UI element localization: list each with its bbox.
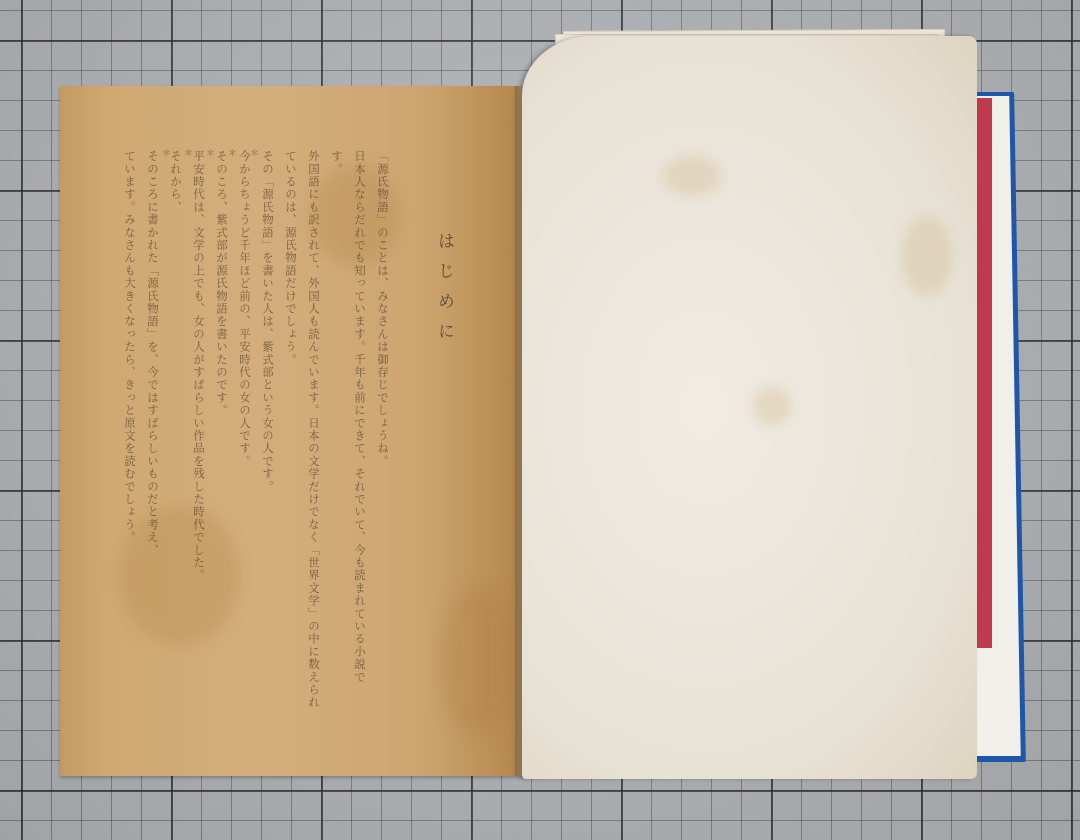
- text-column: そのころ、紫式部が源氏物語を書いたのです。: [210, 150, 233, 710]
- text-column: 「源氏物語」のことは、みなさんは御存じでしょうね。: [371, 150, 394, 710]
- text-column: その「源氏物語」を書いた人は、紫式部という女の人です。: [256, 150, 279, 710]
- page-spot: [902, 216, 952, 296]
- text-column: ているのは、源氏物語だけでしょう。: [279, 150, 302, 710]
- body-text: 「源氏物語」のことは、みなさんは御存じでしょうね。 日本人ならだれでも知っていま…: [118, 150, 394, 710]
- right-page: [522, 36, 977, 779]
- text-column: 日本人ならだれでも知っています。千年も前にできて、それでいて、今も読まれている小…: [348, 150, 371, 710]
- text-column: す。: [325, 150, 348, 710]
- text-column: 今からちょうど千年ほど前の、平安時代の女の人です。: [233, 150, 256, 710]
- text-column: それから、: [164, 150, 187, 710]
- page-spot: [662, 156, 722, 196]
- text-column: そのころに書かれた「源氏物語」を、今ではすばらしいものだと考え、: [141, 150, 164, 710]
- text-column: ています。みなさんも大きくなったら、きっと原文を読むでしょう。: [118, 150, 141, 710]
- text-column: 外国語にも訳されて、外国人も読んでいます。日本の文学だけでなく「世界文学」の中に…: [302, 150, 325, 710]
- page-stain: [440, 586, 520, 736]
- chapter-title: はじめに: [432, 232, 457, 352]
- page-spot: [752, 386, 792, 426]
- text-column: 平安時代は、文学の上でも、女の人がすばらしい作品を残した時代でした。: [187, 150, 210, 710]
